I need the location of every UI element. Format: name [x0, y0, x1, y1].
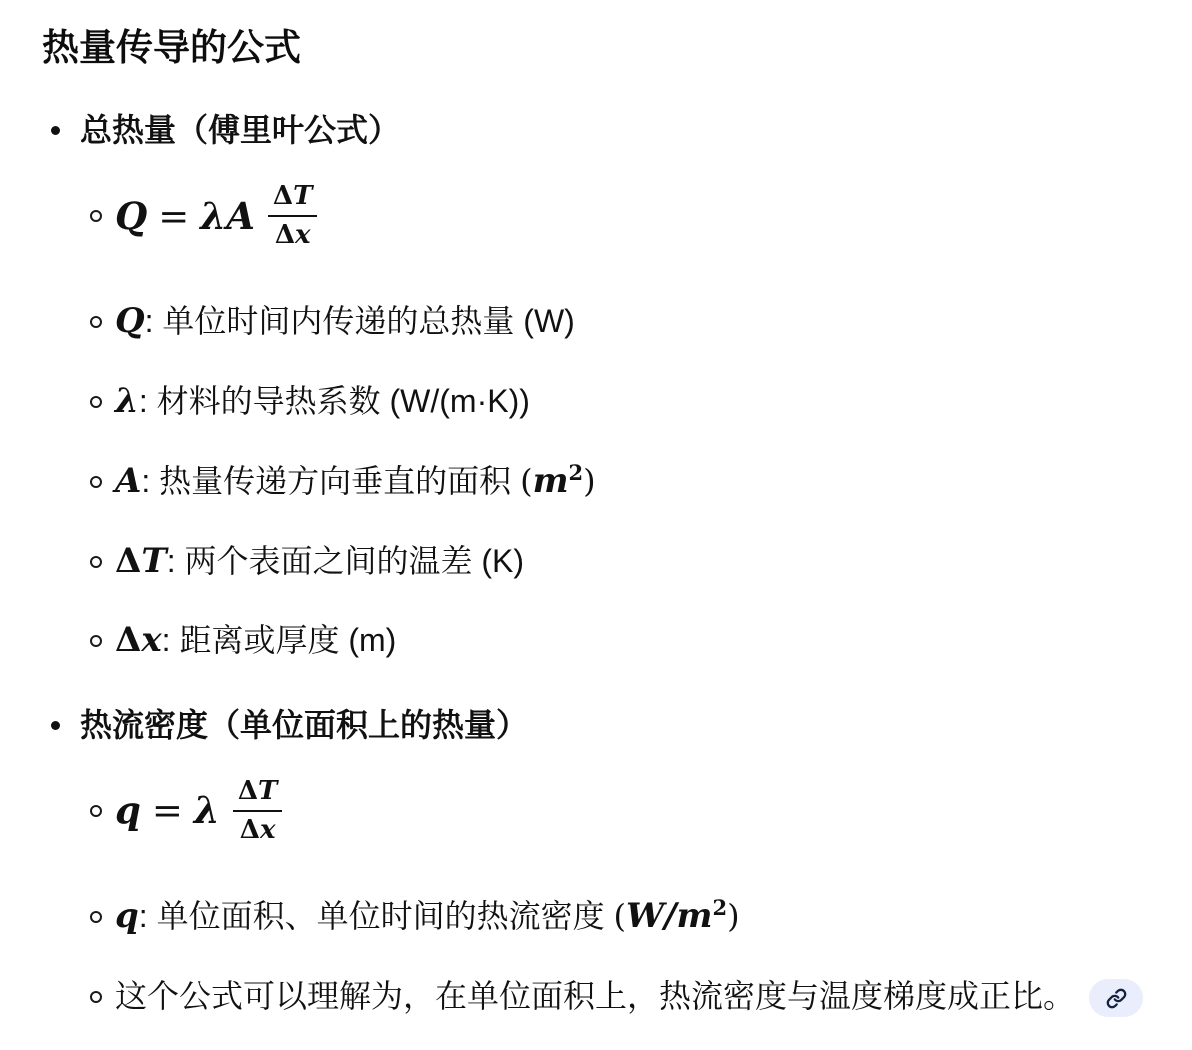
document-body: 热量传导的公式 总热量（傅里叶公式） Q = λA ΔT Δx Q: 单位时间内…: [0, 0, 1192, 1050]
math-var: x: [295, 220, 311, 250]
definition-text: : 两个表面之间的温差 (K): [167, 543, 524, 579]
fraction: ΔT Δx: [233, 776, 283, 846]
circle-bullet-icon: [90, 396, 102, 408]
definition-text: : 单位时间内传递的总热量 (W): [145, 303, 575, 339]
fraction-denominator: Δx: [275, 217, 311, 251]
math-symbol: q: [115, 896, 139, 936]
math-lhs: q: [115, 792, 141, 829]
math-symbol: A: [115, 461, 141, 501]
unit-paren-close: ): [727, 897, 739, 935]
page-title: 热量传导的公式: [42, 26, 1172, 70]
formula-fourier: Q = λA ΔT Δx: [115, 181, 317, 251]
math-equals: =: [152, 792, 183, 829]
math-var: x: [260, 815, 276, 845]
definition-item-q: q: 单位面积、单位时间的热流密度 (W/m2): [42, 898, 1172, 935]
math-rhs: λ: [194, 792, 220, 829]
delta-symbol: Δ: [240, 815, 260, 845]
math-var: T: [258, 776, 277, 806]
section-heading: 总热量（傅里叶公式）: [80, 112, 400, 148]
circle-bullet-icon: [90, 316, 102, 328]
circle-bullet-icon: [90, 476, 102, 488]
unit-superscript: 2: [569, 460, 584, 485]
definition-item-deltax: Δx: 距离或厚度 (m): [42, 622, 1172, 659]
delta-symbol: Δ: [275, 220, 295, 250]
circle-bullet-icon: [90, 911, 102, 923]
definition-text: : 热量传递方向垂直的面积: [141, 463, 520, 499]
unit-paren-close: ): [583, 462, 595, 500]
math-symbol: T: [141, 541, 166, 581]
list-item-heat-flux: 热流密度（单位面积上的热量）: [42, 707, 1172, 744]
math-equals: =: [158, 198, 189, 235]
delta-symbol: Δ: [273, 181, 293, 211]
circle-bullet-icon: [90, 991, 102, 1003]
definition-item-Q: Q: 单位时间内传递的总热量 (W): [42, 303, 1172, 340]
definition-item-lambda: λ: 材料的导热系数 (W/(m·K)): [42, 383, 1172, 420]
definition-text: : 距离或厚度 (m): [162, 622, 397, 658]
section-heading: 热流密度（单位面积上的热量）: [80, 707, 528, 743]
bullet-dot-icon: [51, 721, 60, 730]
unit-math: W/m: [626, 896, 713, 936]
fraction-denominator: Δx: [240, 812, 276, 846]
math-rhs: λA: [200, 198, 255, 235]
definition-item-deltaT: ΔT: 两个表面之间的温差 (K): [42, 543, 1172, 580]
unit-paren-open: (: [613, 897, 625, 935]
bullet-dot-icon: [51, 126, 60, 135]
fraction: ΔT Δx: [268, 181, 318, 251]
note-text: 这个公式可以理解为，在单位面积上，热流密度与温度梯度成正比。: [115, 978, 1075, 1014]
citation-link-chip[interactable]: [1089, 979, 1143, 1017]
math-lhs: Q: [115, 198, 147, 235]
fraction-numerator: ΔT: [233, 776, 283, 812]
link-icon: [1106, 988, 1127, 1009]
list-item-total-heat: 总热量（傅里叶公式）: [42, 112, 1172, 149]
fraction-numerator: ΔT: [268, 181, 318, 217]
delta-symbol: Δ: [115, 541, 141, 581]
math-var: T: [293, 181, 312, 211]
math-symbol: λ: [115, 381, 139, 421]
circle-bullet-icon: [90, 805, 102, 817]
circle-bullet-icon: [90, 635, 102, 647]
circle-bullet-icon: [90, 210, 102, 222]
math-symbol: x: [141, 620, 161, 660]
formula-item-q-flux: q = λ ΔT Δx: [42, 774, 1172, 848]
formula-flux: q = λ ΔT Δx: [115, 776, 282, 846]
unit-paren-open: (: [520, 462, 532, 500]
note-item: 这个公式可以理解为，在单位面积上，热流密度与温度梯度成正比。: [42, 978, 1172, 1018]
circle-bullet-icon: [90, 556, 102, 568]
delta-symbol: Δ: [115, 620, 141, 660]
unit-superscript: 2: [713, 895, 728, 920]
definition-item-A: A: 热量传递方向垂直的面积 (m2): [42, 463, 1172, 500]
math-symbol: Q: [115, 301, 145, 341]
unit-math: m: [533, 461, 569, 501]
formula-item-q-total: Q = λA ΔT Δx: [42, 179, 1172, 253]
definition-text: : 单位面积、单位时间的热流密度: [139, 898, 614, 934]
delta-symbol: Δ: [238, 776, 258, 806]
definition-text: : 材料的导热系数 (W/(m·K)): [139, 383, 530, 419]
